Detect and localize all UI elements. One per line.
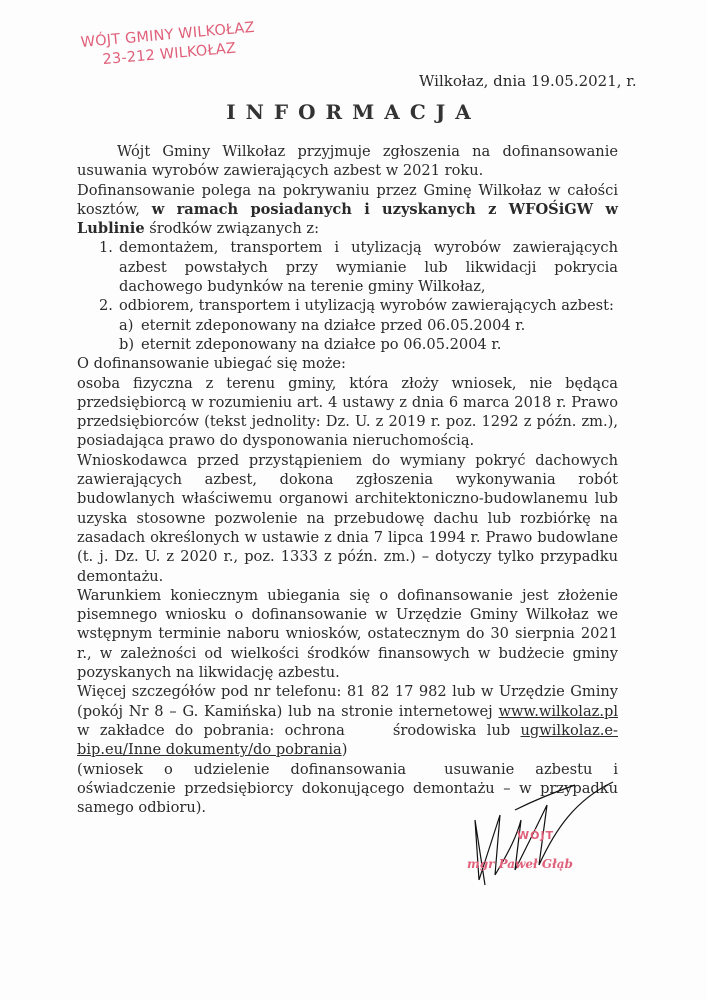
list-text: odbiorem, transportem i utylizacją wyrob…: [119, 297, 614, 314]
website-link[interactable]: www.wilkolaz.pl: [498, 703, 618, 720]
signature-stamp-title: WÓJT: [517, 829, 554, 842]
sub-list-letter: b): [119, 335, 134, 354]
scope-list-item: 1. demontażem, transportem i utylizacją …: [77, 238, 618, 296]
contact-text-post: ): [342, 741, 348, 758]
document-body: Wójt Gminy Wilkołaz przyjmuje zgłoszenia…: [77, 142, 618, 817]
scope-list-item: 2. odbiorem, transportem i utylizacją wy…: [77, 296, 618, 315]
list-text: demontażem, transportem i utylizacją wyr…: [119, 239, 618, 295]
funding-paragraph: Dofinansowanie polega na pokrywaniu prze…: [77, 181, 618, 239]
eligibility-paragraph: osoba fizyczna z terenu gminy, która zło…: [77, 374, 618, 451]
list-number: 1.: [99, 238, 113, 257]
sub-list-text: eternit zdeponowany na działce po 06.05.…: [141, 336, 501, 353]
intro-paragraph: Wójt Gminy Wilkołaz przyjmuje zgłoszenia…: [77, 142, 618, 181]
date-line: Wilkołaz, dnia 19.05.2021, r.: [419, 72, 637, 90]
document-page: WÓJT GMINY WILKOŁAZ 23-212 WILKOŁAZ Wilk…: [0, 0, 707, 1000]
contact-paragraph: Więcej szczegółów pod nr telefonu: 81 82…: [77, 682, 618, 759]
eligibility-heading: O dofinansowanie ubiegać się może:: [77, 354, 618, 373]
document-title: INFORMACJA: [0, 100, 707, 124]
contact-text-mid: w zakładce do pobrania: ochrona: [77, 722, 345, 739]
funding-text-post: środków związanych z:: [145, 220, 319, 237]
sub-list-text: eternit zdeponowany na działce przed 06.…: [141, 317, 525, 334]
condition-paragraph: Warunkiem koniecznym ubiegania się o dof…: [77, 586, 618, 682]
sub-list: a) eternit zdeponowany na działce przed …: [77, 316, 618, 355]
contact-text-mid2: środowiska lub: [393, 722, 521, 739]
signature-stamp-name: mgr Paweł Głąb: [467, 857, 573, 871]
list-number: 2.: [99, 296, 113, 315]
official-stamp: WÓJT GMINY WILKOŁAZ 23-212 WILKOŁAZ: [80, 19, 257, 72]
scope-list: 1. demontażem, transportem i utylizacją …: [77, 238, 618, 315]
sub-list-item: a) eternit zdeponowany na działce przed …: [119, 316, 618, 335]
forms-text-pre: (wniosek o udzielenie dofinansowania: [77, 761, 406, 778]
applicant-paragraph: Wnioskodawca przed przystąpieniem do wym…: [77, 451, 618, 586]
sub-list-letter: a): [119, 316, 133, 335]
sub-list-item: b) eternit zdeponowany na działce po 06.…: [119, 335, 618, 354]
